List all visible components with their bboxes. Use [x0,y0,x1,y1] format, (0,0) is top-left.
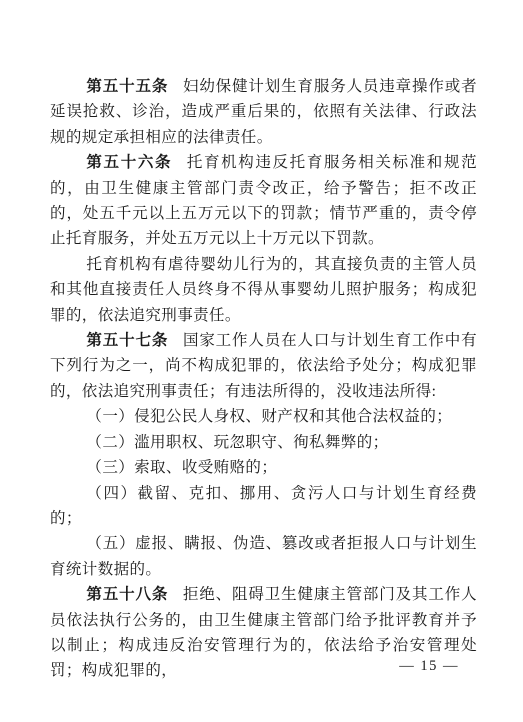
paragraph-article-56: 第五十六条托育机构违反托育服务相关标准和规范的，由卫生健康主管部门责令改正，给予… [50,150,477,252]
paragraph-text: （五）虚报、瞒报、伪造、篡改或者拒报人口与计划生育统计数据的。 [50,535,477,577]
paragraph-text: （一）侵犯公民人身权、财产权和其他合法权益的； [86,408,452,425]
paragraph-text: 托育机构有虐待婴幼儿行为的，其直接负责的主管人员和其他直接责任人员终身不得从事婴… [50,256,477,324]
list-item-4: （四）截留、克扣、挪用、贪污人口与计划生育经费的； [50,481,477,532]
paragraph-article-56-2: 托育机构有虐待婴幼儿行为的，其直接负责的主管人员和其他直接责任人员终身不得从事婴… [50,252,477,328]
article-number: 第五十八条 [86,586,168,603]
article-number: 第五十五条 [86,78,168,95]
list-item-2: （二）滥用职权、玩忽职守、徇私舞弊的； [50,430,477,455]
paragraph-text: （四）截留、克扣、挪用、贪污人口与计划生育经费的； [50,485,477,527]
paragraph-article-57: 第五十七条国家工作人员在人口与计划生育工作中有下列行为之一，尚不构成犯罪的，依法… [50,328,477,404]
document-body: 第五十五条妇幼保健计划生育服务人员违章操作或者延误抢救、诊治，造成严重后果的，依… [50,74,477,684]
page-number: — 15 — [399,658,459,675]
paragraph-article-55: 第五十五条妇幼保健计划生育服务人员违章操作或者延误抢救、诊治，造成严重后果的，依… [50,74,477,150]
article-number: 第五十七条 [86,332,168,349]
list-item-5: （五）虚报、瞒报、伪造、篡改或者拒报人口与计划生育统计数据的。 [50,531,477,582]
list-item-3: （三）索取、收受贿赂的； [50,455,477,480]
article-number: 第五十六条 [86,154,172,171]
document-page: 第五十五条妇幼保健计划生育服务人员违章操作或者延误抢救、诊治，造成严重后果的，依… [0,0,523,722]
paragraph-text: （三）索取、收受贿赂的； [86,459,277,476]
list-item-1: （一）侵犯公民人身权、财产权和其他合法权益的； [50,404,477,429]
paragraph-text: （二）滥用职权、玩忽职守、徇私舞弊的； [86,434,388,451]
